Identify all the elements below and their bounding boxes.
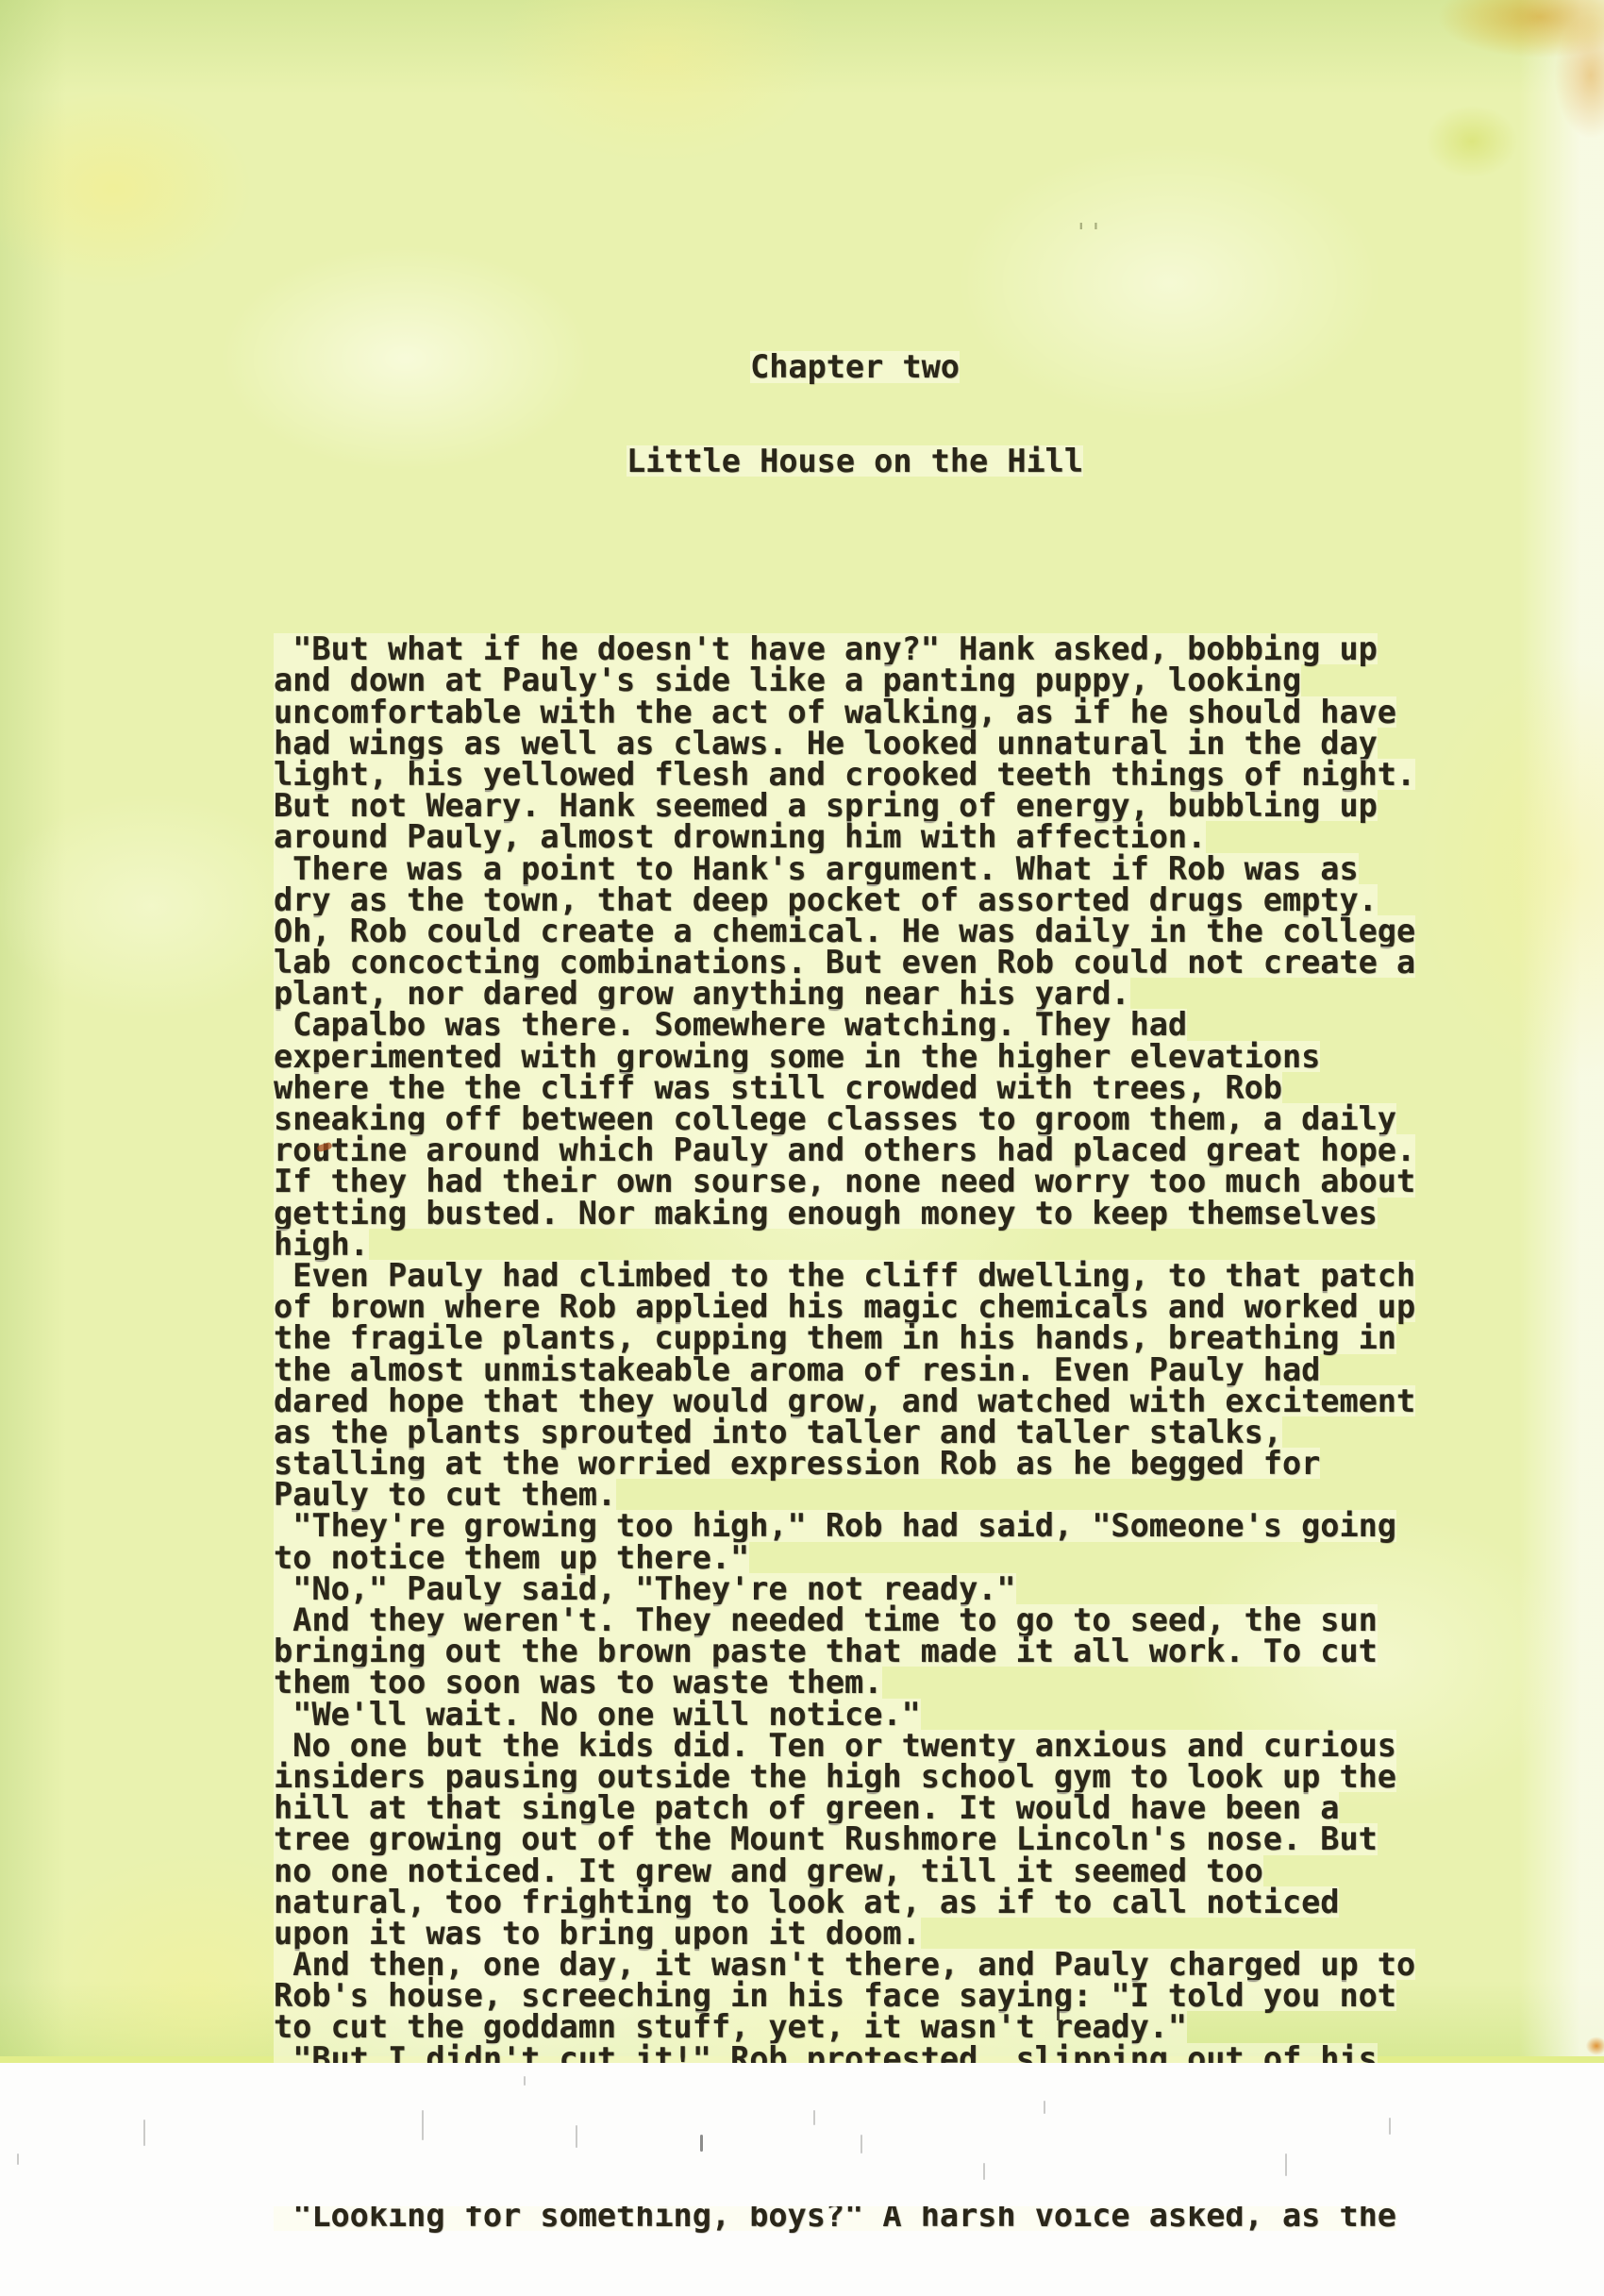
text-line: uncomfortable with the act of walking, a… xyxy=(274,696,1436,728)
scratch-mark xyxy=(422,2110,424,2140)
scratch-mark xyxy=(813,2110,815,2125)
scratch-mark xyxy=(700,2135,703,2152)
scratch-mark xyxy=(860,2135,862,2154)
text-line: "We'll wait. No one will notice." xyxy=(274,1699,1436,1730)
text-line: routine around which Pauly and others ha… xyxy=(274,1134,1436,1165)
text-line: Capalbo was there. Somewhere watching. T… xyxy=(274,1009,1436,1040)
text-line: no one noticed. It grew and grew, till i… xyxy=(274,1855,1436,1886)
text-line: There was a point to Hank's argument. Wh… xyxy=(274,853,1436,884)
text-line: getting busted. Nor making enough money … xyxy=(274,1198,1436,1229)
scratch-mark xyxy=(576,2125,577,2148)
chapter-heading: Chapter two xyxy=(274,351,1436,382)
text-line: around Pauly, almost drowning him with a… xyxy=(274,821,1436,852)
text-line: And then, one day, it wasn't there, and … xyxy=(274,1949,1436,1980)
text-line: sneaking off between college classes to … xyxy=(274,1103,1436,1134)
typewritten-text: Chapter two Little House on the Hill "Bu… xyxy=(274,289,1436,2206)
text-line: "They're growing too high," Rob had said… xyxy=(274,1510,1436,1541)
text-line: Even Pauly had climbed to the cliff dwel… xyxy=(274,1260,1436,1291)
text-line: to cut the goddamn stuff, yet, it wasn't… xyxy=(274,2011,1436,2042)
scanner-background xyxy=(0,2063,1604,2206)
text-line: plant, nor dared grow anything near his … xyxy=(274,978,1436,1009)
chapter-title: Little House on the Hill xyxy=(274,445,1436,477)
text-line: high. xyxy=(274,1229,1436,1260)
text-line: experimented with growing some in the hi… xyxy=(274,1041,1436,1072)
text-line: of brown where Rob applied his magic che… xyxy=(274,1291,1436,1322)
text-line: bringing out the brown paste that made i… xyxy=(274,1635,1436,1667)
text-line: "But what if he doesn't have any?" Hank … xyxy=(274,633,1436,664)
text-line: And they weren't. They needed time to go… xyxy=(274,1604,1436,1635)
text-line: to notice them up there." xyxy=(274,1542,1436,1573)
scratch-mark xyxy=(143,2120,145,2146)
text-line: the almost unmistakeable aroma of resin.… xyxy=(274,1354,1436,1385)
blank-line xyxy=(274,540,1436,571)
tick-mark xyxy=(1057,2006,1060,2020)
text-line: where the the cliff was still crowded wi… xyxy=(274,1072,1436,1103)
text-line: the fragile plants, cupping them in his … xyxy=(274,1322,1436,1353)
text-line: Rob's house, screeching in his face sayi… xyxy=(274,1980,1436,2011)
pencil-mark: '' xyxy=(1074,219,1103,247)
text-line: lab concocting combinations. But even Ro… xyxy=(274,947,1436,978)
scratch-mark xyxy=(983,2163,985,2180)
text-line: No one but the kids did. Ten or twenty a… xyxy=(274,1730,1436,1761)
text-line: stalling at the worried expression Rob a… xyxy=(274,1448,1436,1479)
text-line: Pauly to cut them. xyxy=(274,1479,1436,1510)
text-line: dry as the town, that deep pocket of ass… xyxy=(274,884,1436,915)
body-text: "But what if he doesn't have any?" Hank … xyxy=(274,633,1436,2206)
scratch-mark xyxy=(524,2076,526,2086)
scratch-mark xyxy=(1044,2101,1045,2114)
text-line: insiders pausing outside the high school… xyxy=(274,1761,1436,1792)
text-line: natural, too frighting to look at, as if… xyxy=(274,1886,1436,1918)
text-line: "No," Pauly said, "They're not ready." xyxy=(274,1573,1436,1604)
text-line: Oh, Rob could create a chemical. He was … xyxy=(274,915,1436,947)
text-line: If they had their own sourse, none need … xyxy=(274,1165,1436,1197)
text-line: dared hope that they would grow, and wat… xyxy=(274,1385,1436,1416)
ink-mark: ' xyxy=(422,1970,440,2006)
text-line: and down at Pauly's side like a panting … xyxy=(274,664,1436,696)
text-line: But not Weary. Hank seemed a spring of e… xyxy=(274,790,1436,821)
text-line: tree growing out of the Mount Rushmore L… xyxy=(274,1823,1436,1854)
text-line: as the plants sprouted into taller and t… xyxy=(274,1416,1436,1448)
text-line: them too soon was to waste them. xyxy=(274,1667,1436,1698)
text-line: had wings as well as claws. He looked un… xyxy=(274,728,1436,759)
manuscript-page: Chapter two Little House on the Hill "Bu… xyxy=(0,0,1604,2063)
scratch-mark xyxy=(17,2154,19,2165)
text-line: light, his yellowed flesh and crooked te… xyxy=(274,759,1436,790)
scratch-mark xyxy=(1389,2118,1391,2135)
scratch-mark xyxy=(1285,2154,1287,2176)
text-line: hill at that single patch of green. It w… xyxy=(274,1792,1436,1823)
text-line: upon it was to bring upon it doom. xyxy=(274,1918,1436,1949)
